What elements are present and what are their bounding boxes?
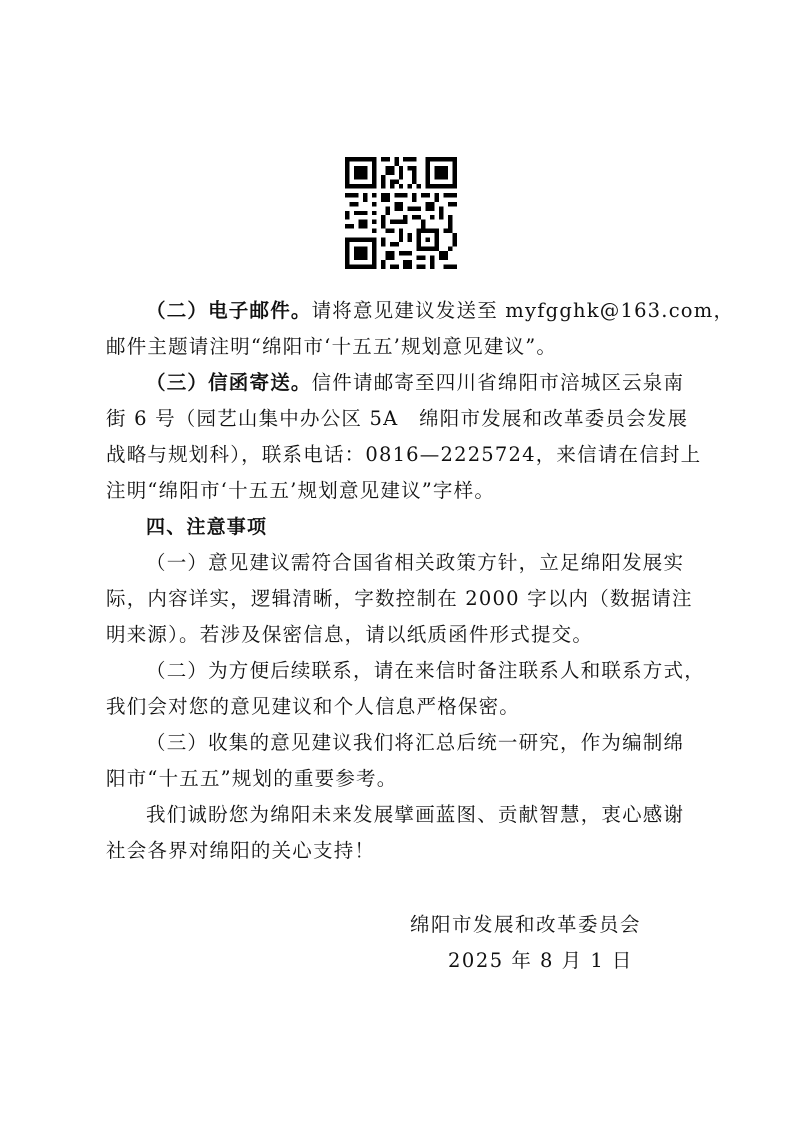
letter-section-line-2: 街 6 号（园艺山集中办公区 5A 绵阳市发展和改革委员会发展 [106, 401, 692, 437]
notes-heading: 四、注意事项 [106, 509, 692, 545]
email-section-text: 请将意见建议发送至 myfgghk@163.com， [312, 299, 735, 322]
email-section-label: （二）电子邮件。 [146, 299, 312, 322]
notes-item1-line-1: （一）意见建议需符合国省相关政策方针，立足绵阳发展实 [106, 545, 692, 581]
notes-item2-line-1: （二）为方便后续联系，请在来信时备注联系人和联系方式， [106, 653, 692, 689]
letter-section-line-1: （三）信函寄送。信件请邮寄至四川省绵阳市涪城区云泉南 [106, 365, 692, 401]
document-page: （二）电子邮件。请将意见建议发送至 myfgghk@163.com， 邮件主题请… [0, 0, 793, 1122]
signature-organization: 绵阳市发展和改革委员会 [410, 909, 641, 937]
qr-code-image[interactable] [345, 157, 457, 269]
closing-line-2: 社会各界对绵阳的关心支持！ [106, 833, 692, 869]
email-section-line-1: （二）电子邮件。请将意见建议发送至 myfgghk@163.com， [106, 293, 692, 329]
letter-section-text: 信件请邮寄至四川省绵阳市涪城区云泉南 [312, 371, 685, 394]
letter-section-line-3: 战略与规划科），联系电话：0816—2225724，来信请在信封上 [106, 437, 692, 473]
notes-item2-line-2: 我们会对您的意见建议和个人信息严格保密。 [106, 689, 692, 725]
notes-item3-line-1: （三）收集的意见建议我们将汇总后统一研究，作为编制绵 [106, 725, 692, 761]
qr-code-icon [345, 157, 457, 269]
closing-line-1: 我们诚盼您为绵阳未来发展擘画蓝图、贡献智慧，衷心感谢 [106, 797, 692, 833]
email-section-line-2: 邮件主题请注明“绵阳市‘十五五’规划意见建议”。 [106, 329, 692, 365]
notes-item1-line-3: 明来源）。若涉及保密信息，请以纸质函件形式提交。 [106, 617, 692, 653]
letter-section-line-4: 注明“绵阳市‘十五五’规划意见建议”字样。 [106, 473, 692, 509]
notes-item3-line-2: 阳市“十五五”规划的重要参考。 [106, 761, 692, 797]
signature-date: 2025 年 8 月 1 日 [448, 945, 633, 973]
notes-item1-line-2: 际，内容详实，逻辑清晰，字数控制在 2000 字以内（数据请注 [106, 581, 692, 617]
letter-section-label: （三）信函寄送。 [146, 371, 312, 394]
document-body: （二）电子邮件。请将意见建议发送至 myfgghk@163.com， 邮件主题请… [106, 293, 692, 869]
